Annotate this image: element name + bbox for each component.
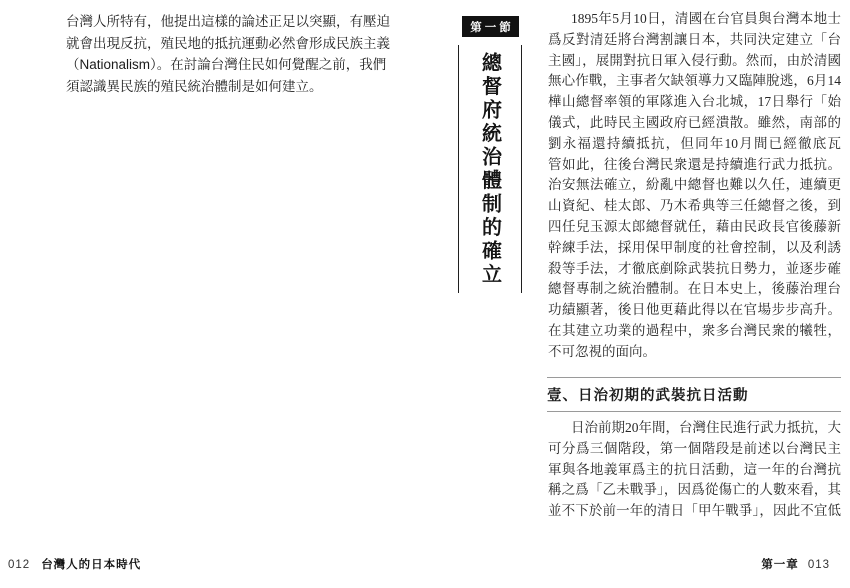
right-page-paragraph-2: 日治前期20年間，台灣住民進行武力抵抗，大致可分爲三個階段，第一個階段是前述以台… [548, 418, 841, 522]
text-line: 爲反對清廷將台灣割讓日本，共同決定建立「台灣民 [548, 30, 841, 51]
text-line: 殺等手法，才徹底剷除武裝抗日勢力，並逐步確立其 [548, 259, 841, 280]
left-page-paragraph: 台灣人所特有，他提出這樣的論述正足以突顯，有壓迫就會出現反抗，殖民地的抵抗運動必… [66, 11, 399, 98]
text-line: 台灣人所特有，他提出這樣的論述正足以突顯，有壓迫 [66, 11, 399, 33]
subheading-block: 壹、日治初期的武裝抗日活動 [547, 377, 841, 412]
text-line: 山資紀、桂太郎、乃木希典等三任總督之後，到了第 [548, 196, 841, 217]
right-page-number: 013 [808, 559, 830, 571]
text-line: 就會出現反抗，殖民地的抵抗運動必然會形成民族主義 [66, 33, 399, 55]
text-line: 日治前期20年間，台灣住民進行武力抵抗，大致 [548, 418, 841, 439]
text-line: 四任兒玉源太郎總督就任，藉由民政長官後藤新平之 [548, 217, 841, 238]
text-line: 軍與各地義軍爲主的抗日活動，這一年的台灣抗日可 [548, 460, 841, 481]
text-line: 管如此，往後台灣民衆還是持續進行武力抵抗。由於 [548, 155, 841, 176]
left-page-number: 012 [8, 559, 30, 571]
left-page-footer: 012 台灣人的日本時代 [8, 556, 141, 572]
chapter-title: 第一章 [761, 556, 799, 572]
right-page-footer: 第一章 013 [761, 556, 830, 572]
text-line: 幹練手法，採用保甲制度的社會控制，以及利誘與捕 [548, 238, 841, 259]
text-line: 並不下於前一年的清日「甲午戰爭」，因此不宜低估爲 [548, 501, 841, 522]
subheading: 壹、日治初期的武裝抗日活動 [547, 384, 749, 405]
text-line: 樺山總督率領的軍隊進入台北城，17日舉行「始政」 [548, 92, 841, 113]
section-title: 總督府統治體制的確立 [476, 52, 505, 287]
text-line: 功績顯著，後日他更藉此得以在官場步步高升。但是， [548, 300, 841, 321]
text-line: 1895年5月10日，清國在台官員與台灣本地士紳， [548, 9, 841, 30]
text-line: 無心作戰，主事者欠缺領導力又臨陣脫逃，6月14日 [548, 71, 841, 92]
text-line: 治安無法確立，紛亂中總督也難以久任，連續更換樺 [548, 175, 841, 196]
text-line: （Nationalism）。在討論台灣住民如何覺醒之前，我們必 [66, 54, 399, 76]
text-line: 主國」，展開對抗日軍入侵行動。然而，由於清國駐軍 [548, 51, 841, 72]
text-line: 須認識異民族的殖民統治體制是如何建立。 [66, 76, 399, 98]
text-line: 稱之爲「乙未戰爭」，因爲從傷亡的人數來看，其慘烈 [548, 480, 841, 501]
right-page-paragraph-1: 1895年5月10日，清國在台官員與台灣本地士紳，爲反對清廷將台灣割讓日本，共同… [548, 9, 841, 363]
section-number-badge: 第一節 [462, 16, 519, 37]
book-spread: 台灣人所特有，他提出這樣的論述正足以突顯，有壓迫就會出現反抗，殖民地的抵抗運動必… [0, 0, 850, 588]
text-line: 劉永福還持續抵抗，但同年10月間已經徹底瓦解。儘 [548, 134, 841, 155]
section-title-box: 總督府統治體制的確立 [458, 45, 522, 293]
text-line: 儀式，此時民主國政府已經潰散。雖然，南部的首領 [548, 113, 841, 134]
text-line: 不可忽視的面向。 [548, 342, 841, 363]
text-line: 總督專制之統治體制。在日本史上，後藤治理台灣的 [548, 279, 841, 300]
text-line: 在其建立功業的過程中，衆多台灣民衆的犧牲，也是 [548, 321, 841, 342]
book-title: 台灣人的日本時代 [41, 556, 141, 572]
text-line: 可分爲三個階段，第一個階段是前述以台灣民主國官 [548, 439, 841, 460]
